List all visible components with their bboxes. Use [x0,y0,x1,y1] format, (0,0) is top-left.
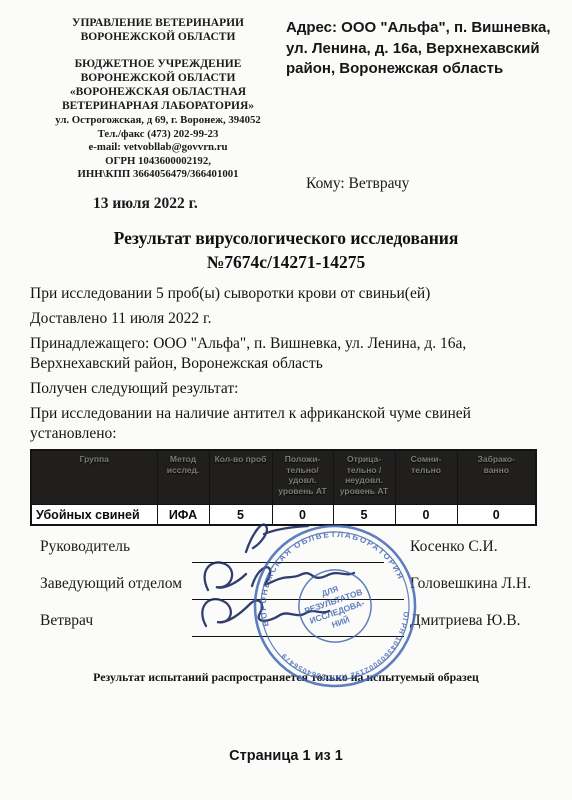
department-name: УПРАВЛЕНИЕ ВЕТЕРИНАРИИ ВОРОНЕЖСКОЙ ОБЛАС… [32,16,284,44]
paragraph-samples: При исследовании 5 проб(ы) сыворотки кро… [30,284,542,304]
street-address: ул. Острогожская, д 69, г. Воронеж, 3940… [32,114,284,128]
col-header-group: Группа [31,450,157,505]
paragraph-test-description: При исследовании на наличие антител к аф… [30,404,542,444]
department-line: УПРАВЛЕНИЕ ВЕТЕРИНАРИИ [32,16,284,30]
signature-row-director: Руководитель Косенко С.И. [30,538,542,574]
cell-doubtful: 0 [395,505,457,526]
email-line: e-mail: vetvobllab@govvrn.ru [32,141,284,155]
paragraph-result-intro: Получен следующий результат: [30,379,542,399]
col-header-negative: Отрица- тельно / неудовл. уровень АТ [333,450,395,505]
institution-line: ВОРОНЕЖСКОЙ ОБЛАСТИ [32,71,284,85]
cell-method: ИФА [157,505,209,526]
recipient-to: Кому: Ветврачу [306,175,409,193]
recipient-address-line: район, Воронежская область [286,59,566,80]
institution-line: «ВОРОНЕЖСКАЯ ОБЛАСТНАЯ [32,85,284,99]
table-header-row: Группа Метод исслед. Кол-во проб Положи-… [31,450,536,505]
institution-line: БЮДЖЕТНОЕ УЧРЕЖДЕНИЕ [32,57,284,71]
disclaimer-note: Результат испытаний распространяется тол… [0,670,572,685]
document-title: Результат вирусологического исследования… [0,226,572,274]
cell-negative: 5 [333,505,395,526]
col-header-method: Метод исслед. [157,450,209,505]
col-header-sample-count: Кол-во проб [209,450,272,505]
cell-sample-count: 5 [209,505,272,526]
signature-name: Дмитриева Ю.В. [410,612,520,630]
col-header-doubtful: Сомни- тельно [395,450,457,505]
body-text: При исследовании 5 проб(ы) сыворотки кро… [30,284,542,444]
signature-line [192,562,384,563]
results-table: Группа Метод исслед. Кол-во проб Положи-… [30,449,537,526]
document-page: УПРАВЛЕНИЕ ВЕТЕРИНАРИИ ВОРОНЕЖСКОЙ ОБЛАС… [0,0,572,800]
col-header-positive: Положи- тельно/ удовл. уровень АТ [272,450,333,505]
organization-contacts: ул. Острогожская, д 69, г. Воронеж, 3940… [32,114,284,182]
page-indicator: Страница 1 из 1 [0,748,572,764]
recipient-address-line: Адрес: ООО "Альфа", п. Вишневка, [286,18,566,39]
department-line: ВОРОНЕЖСКОЙ ОБЛАСТИ [32,30,284,44]
ogrn-line: ОГРН 1043600002192, [32,155,284,169]
signature-line [192,599,404,600]
col-header-rejected: Забрако- ванно [457,450,536,505]
phone-line: Тел./факс (473) 202-99-23 [32,128,284,142]
paragraph-delivered: Доставлено 11 июля 2022 г. [30,309,542,329]
recipient-address-line: ул. Ленина, д. 16а, Верхнехавский [286,39,566,60]
signature-name: Головешкина Л.Н. [410,575,531,593]
signature-title: Руководитель [40,538,130,556]
recipient-address: Адрес: ООО "Альфа", п. Вишневка, ул. Лен… [286,18,566,80]
letterhead: УПРАВЛЕНИЕ ВЕТЕРИНАРИИ ВОРОНЕЖСКОЙ ОБЛАС… [0,0,572,212]
paragraph-owner: Принадлежащего: ООО "Альфа", п. Вишневка… [30,334,542,374]
cell-rejected: 0 [457,505,536,526]
signature-row-veterinarian: Ветврач Дмитриева Ю.В. [30,612,542,648]
table-row: Убойных свиней ИФА 5 0 5 0 0 [31,505,536,526]
signature-name: Косенко С.И. [410,538,498,556]
signature-line [192,636,404,637]
cell-positive: 0 [272,505,333,526]
document-title-line1: Результат вирусологического исследования [0,226,572,250]
institution-line: ВЕТЕРИНАРНАЯ ЛАБОРАТОРИЯ» [32,99,284,113]
document-number: №7674с/14271-14275 [0,250,572,274]
inn-kpp-line: ИНН\КПП 3664056479/366401001 [32,168,284,182]
signature-title: Ветврач [40,612,93,630]
signature-section: Руководитель Косенко С.И. Заведующий отд… [30,536,542,654]
signature-title: Заведующий отделом [40,575,182,593]
signature-row-head-of-department: Заведующий отделом Головешкина Л.Н. [30,575,542,611]
institution-name: БЮДЖЕТНОЕ УЧРЕЖДЕНИЕ ВОРОНЕЖСКОЙ ОБЛАСТИ… [32,57,284,113]
organization-block: УПРАВЛЕНИЕ ВЕТЕРИНАРИИ ВОРОНЕЖСКОЙ ОБЛАС… [32,16,284,182]
cell-group: Убойных свиней [31,505,157,526]
document-date: 13 июля 2022 г. [93,195,198,213]
